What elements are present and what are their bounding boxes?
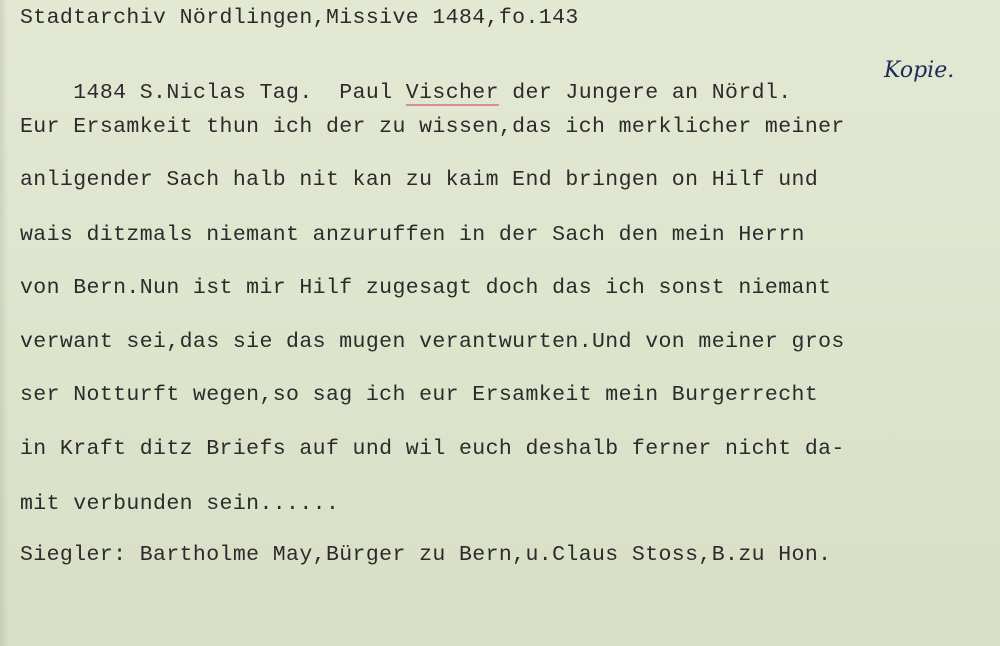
archive-index-card: Stadtarchiv Nördlingen,Missive 1484,fo.1… bbox=[0, 0, 1000, 646]
body-line: in Kraft ditz Briefs auf und wil euch de… bbox=[20, 439, 845, 461]
body-line: ser Notturft wegen,so sag ich eur Ersamk… bbox=[20, 385, 818, 407]
letter-date: 1484 S.Niclas Tag. bbox=[73, 81, 312, 105]
body-line: anligender Sach halb nit kan zu kaim End… bbox=[20, 170, 818, 192]
body-line: mit verbunden sein...... bbox=[20, 494, 339, 516]
body-line: Eur Ersamkeit thun ich der zu wissen,das… bbox=[20, 117, 845, 139]
body-line: wais ditzmals niemant anzuruffen in der … bbox=[20, 225, 805, 247]
author-suffix: der Jungere an Nördl. bbox=[499, 81, 792, 105]
archive-reference: Stadtarchiv Nördlingen,Missive 1484,fo.1… bbox=[20, 8, 579, 30]
body-line: verwant sei,das sie das mugen verantwurt… bbox=[20, 332, 845, 354]
author-name: Vischer bbox=[406, 81, 499, 105]
author-prefix: Paul bbox=[339, 81, 406, 105]
handwritten-note: Kopie. bbox=[884, 60, 954, 82]
signers-line: Siegler: Bartholme May,Bürger zu Bern,u.… bbox=[20, 545, 831, 567]
body-line: von Bern.Nun ist mir Hilf zugesagt doch … bbox=[20, 278, 831, 300]
